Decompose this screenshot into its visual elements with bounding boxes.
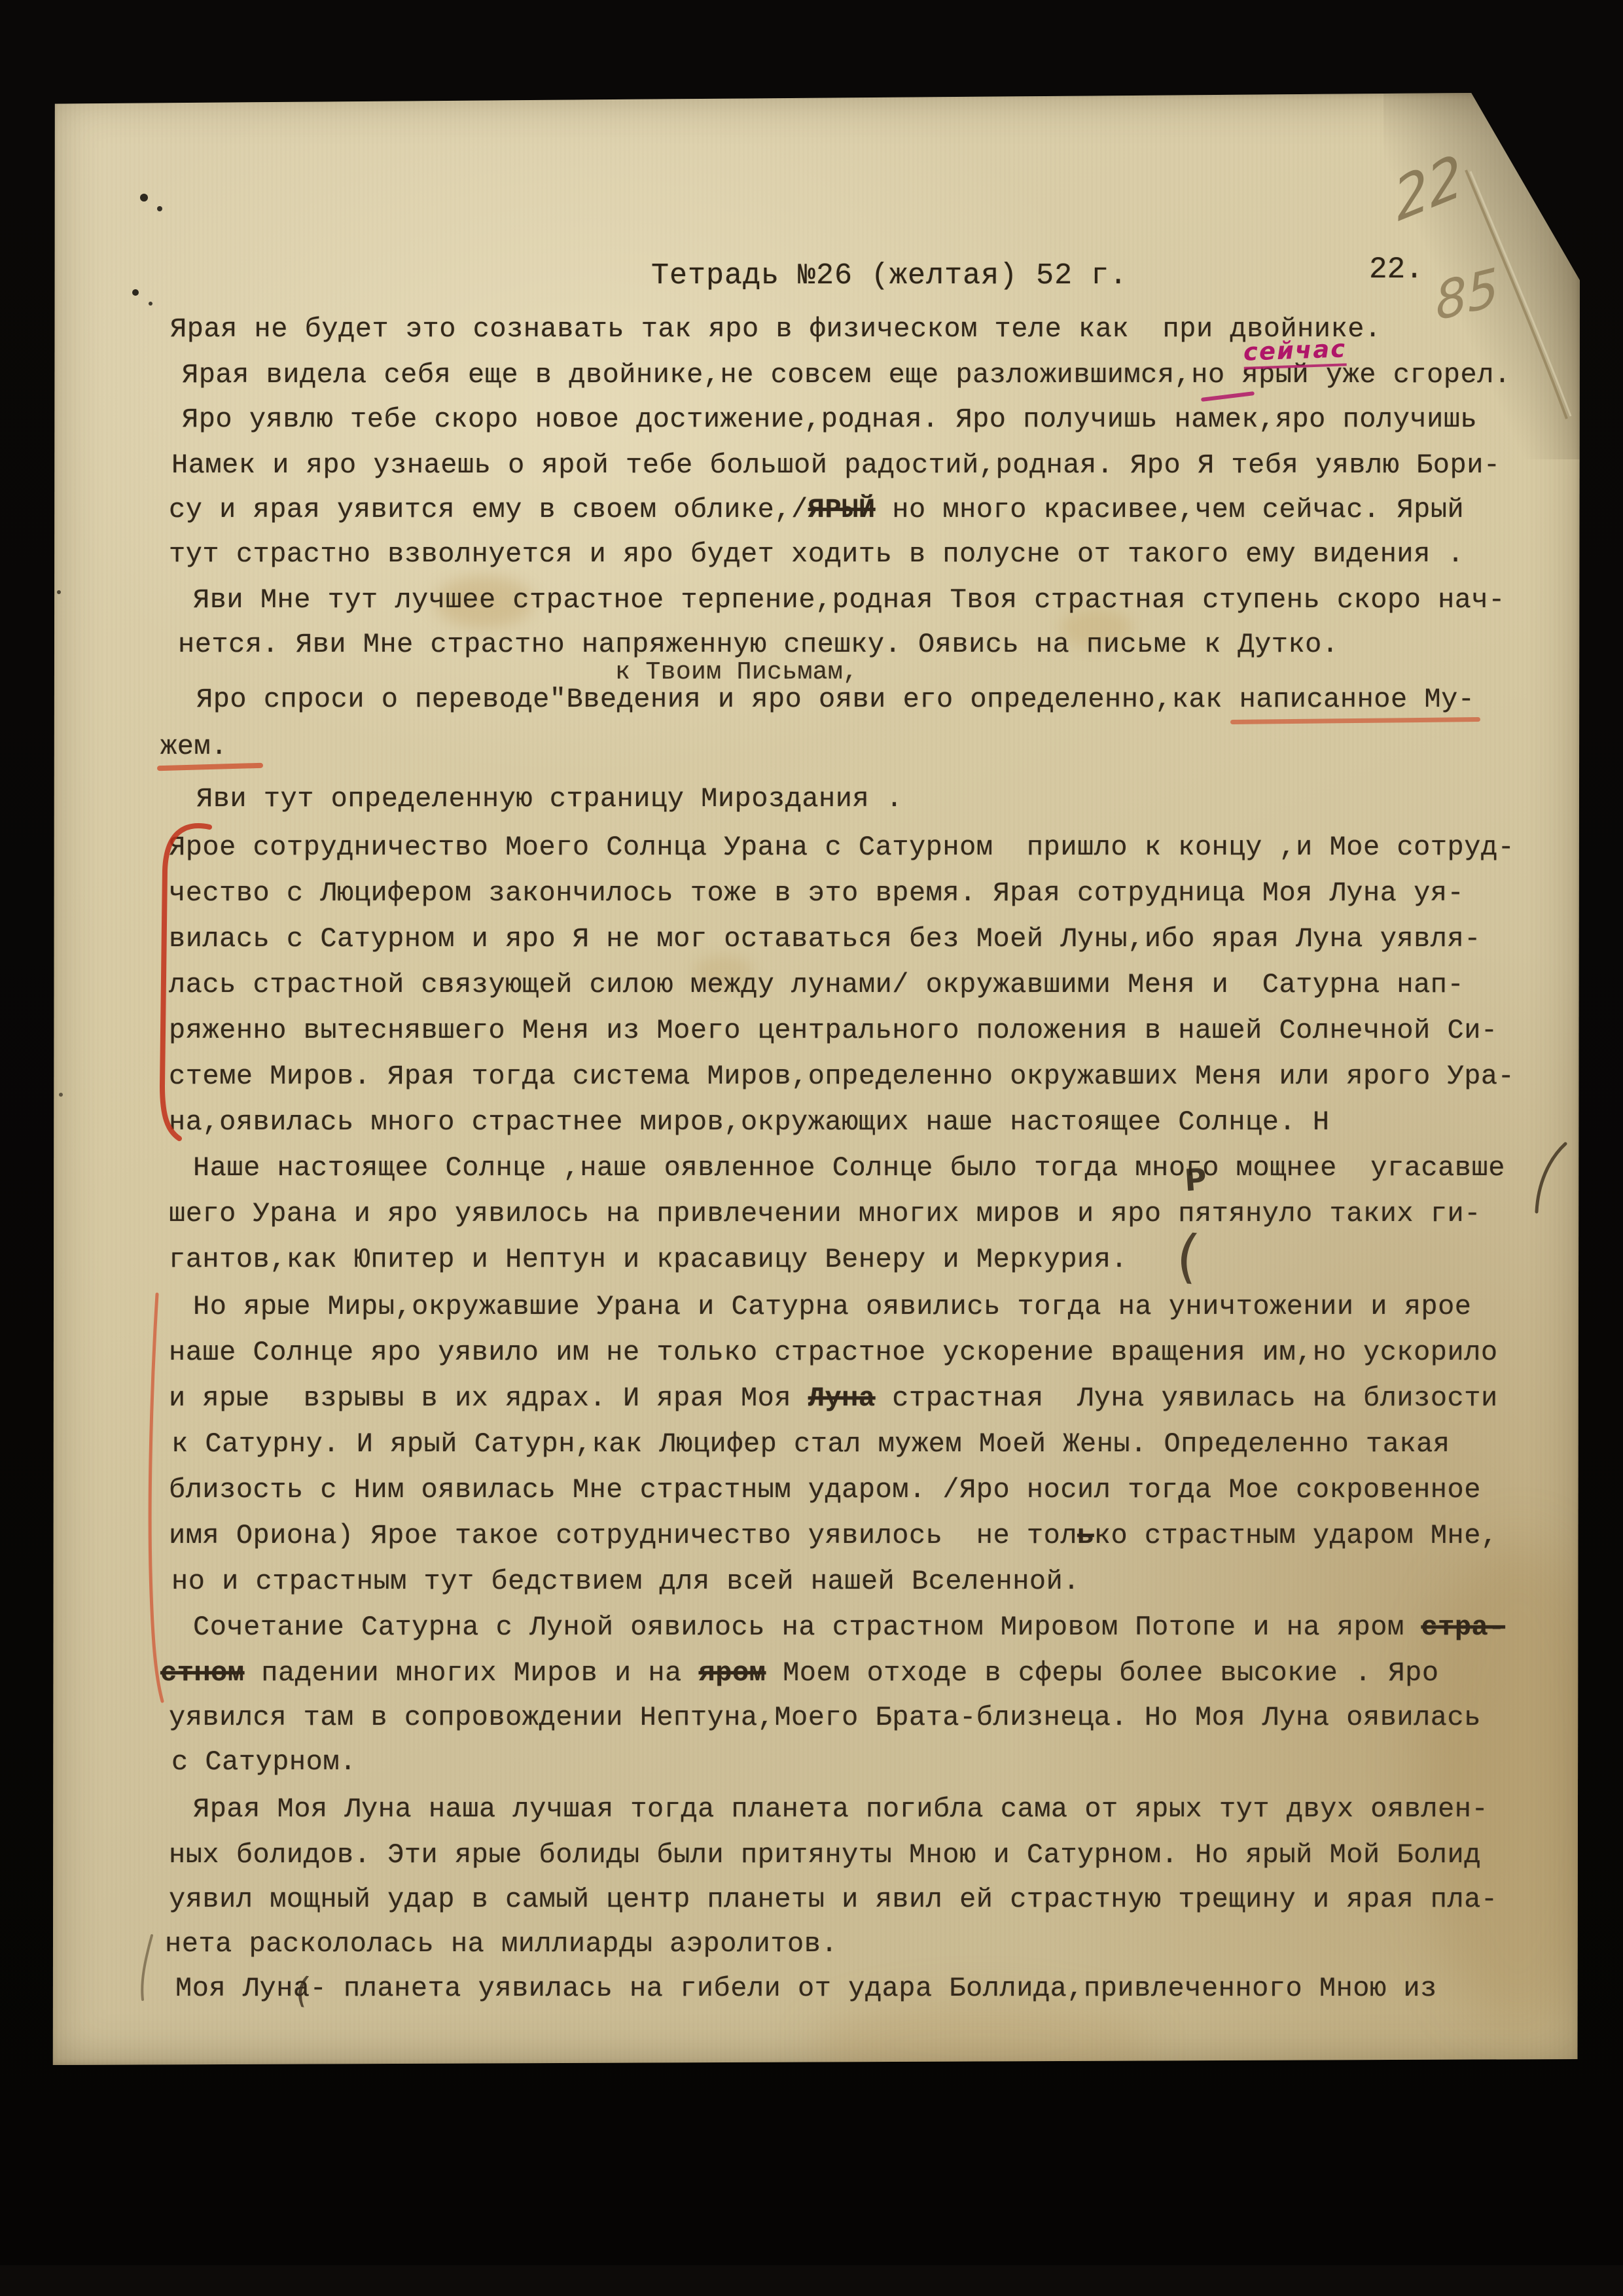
typed-line: Намек и яро узнаешь о ярой тебе большой … xyxy=(171,450,1501,480)
typed-page-number: 22. xyxy=(1369,253,1423,287)
typed-line: Ярое сотрудничество Моего Солнца Урана с… xyxy=(169,832,1514,862)
typed-line: уявился там в сопровождении Нептуна,Моег… xyxy=(169,1703,1481,1733)
typed-line: лась страстной связующей силою между лун… xyxy=(169,970,1464,1000)
typed-line: с Сатурном. xyxy=(171,1747,357,1777)
typed-line: чество с Люцифером закончилось тоже в эт… xyxy=(169,878,1464,908)
typed-line: имя Ориона) Ярое такое сотрудничество уя… xyxy=(169,1521,1498,1551)
paper-stain xyxy=(811,1996,1152,2094)
typed-line: и ярые взрывы в их ядрах. И ярая Моя Лун… xyxy=(169,1383,1498,1413)
typed-line: стеме Миров. Ярая тогда система Миров,оп… xyxy=(169,1061,1514,1091)
typed-line: близость с Ним оявилась Мне страстным уд… xyxy=(169,1475,1481,1505)
typed-line: Яро уявлю тебе скоро новое достижение,ро… xyxy=(182,404,1477,434)
typed-line: Яви Мне тут лучшее страстное терпение,ро… xyxy=(193,585,1505,615)
typed-line: Яро спроси о переводе"Введения и яро ояв… xyxy=(196,684,1475,715)
typed-insertion: к Твоим Письмам, xyxy=(615,658,858,686)
typed-line: наше Солнце яро уявило им не только стра… xyxy=(169,1337,1498,1368)
typed-line: Но ярые Миры,окружавшие Урана и Сатурна … xyxy=(193,1292,1472,1322)
scan-bottom-band xyxy=(0,2265,1623,2296)
typed-line: шего Урана и яро уявилось на привлечении… xyxy=(169,1199,1481,1229)
handwritten-superscript-letter: Р xyxy=(1183,1161,1207,1198)
typed-line: вилась с Сатурном и яро Я не мог остават… xyxy=(169,924,1481,954)
typed-line: тут страстно взволнуется и яро будет ход… xyxy=(169,539,1464,569)
typed-line: стном падении многих Миров и на яром Мое… xyxy=(160,1658,1439,1688)
typed-line: к Сатурну. И ярый Сатурн,как Люцифер ста… xyxy=(171,1429,1450,1459)
typed-line: нется. Яви Мне страстно напряженную спеш… xyxy=(178,629,1339,660)
typed-line: ных болидов. Эти ярые болиды были притян… xyxy=(169,1840,1481,1870)
typed-line: но и страстным тут бедствием для всей на… xyxy=(171,1566,1080,1597)
typed-line: Наше настоящее Солнце ,наше оявленное Со… xyxy=(193,1153,1505,1183)
typed-line: су и ярая уявится ему в своем облике,/ЯР… xyxy=(169,495,1464,525)
scan-background: Тетрадь №26 (желтая) 52 г. 22. 22 85 Яра… xyxy=(0,0,1623,2296)
typed-line: гантов,как Юпитер и Нептун и красавицу В… xyxy=(169,1245,1128,1275)
typed-line: ряженно вытеснявшего Меня из Моего центр… xyxy=(169,1016,1498,1046)
typed-line: на,оявилась много страстнее миров,окружа… xyxy=(169,1107,1330,1137)
typed-line: Моя Луна- планета уявилась на гибели от … xyxy=(175,1973,1437,2004)
typed-line: уявил мощный удар в самый центр планеты … xyxy=(169,1884,1498,1915)
typed-line: Сочетание Сатурна с Луной оявилось на ст… xyxy=(193,1612,1505,1642)
typed-line: Ярая не будет это сознавать так яро в фи… xyxy=(170,314,1382,344)
typed-line: жем. xyxy=(160,732,228,762)
page-title: Тетрадь №26 (желтая) 52 г. xyxy=(651,259,1128,292)
handwritten-magenta-word: сейчас xyxy=(1243,334,1347,369)
typed-line: Ярая Моя Луна наша лучшая тогда планета … xyxy=(193,1794,1488,1824)
typed-line: нета раскололась на миллиарды аэролитов. xyxy=(165,1929,838,1959)
typed-line: Яви тут определенную страницу Мироздания… xyxy=(196,784,903,814)
